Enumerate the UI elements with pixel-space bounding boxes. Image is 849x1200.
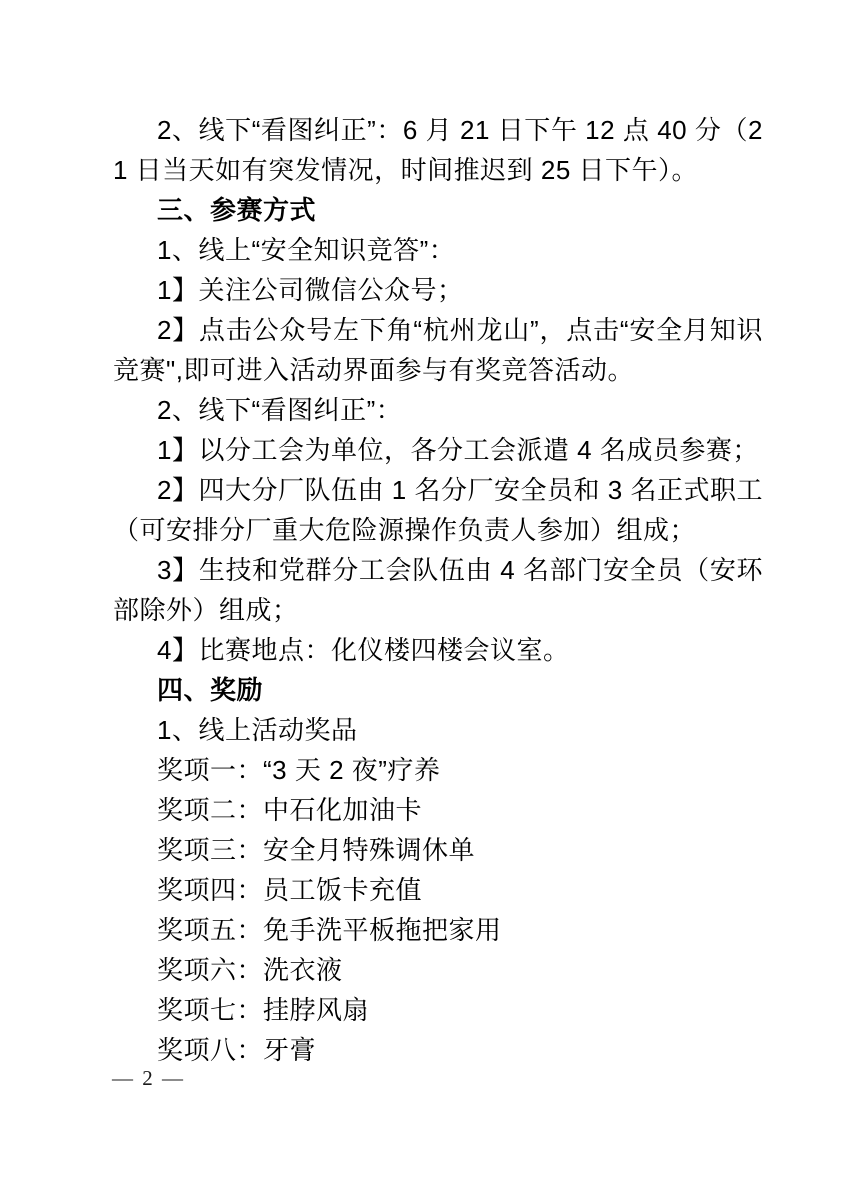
paragraph: 2】点击公众号左下角“杭州龙山”，点击“安全月知识竞赛",即可进入活动界面参与有…: [113, 310, 763, 390]
paragraph: 奖项一：“3 天 2 夜”疗养: [113, 750, 763, 790]
paragraph: 奖项五：免手洗平板拖把家用: [113, 910, 763, 950]
paragraph: 1、线上活动奖品: [113, 710, 763, 750]
section-heading: 三、参赛方式: [113, 190, 763, 230]
paragraph: 2、线下“看图纠正”：6 月 21 日下午 12 点 40 分（21 日当天如有…: [113, 110, 763, 190]
paragraph: 奖项三：安全月特殊调休单: [113, 830, 763, 870]
document-body: 2、线下“看图纠正”：6 月 21 日下午 12 点 40 分（21 日当天如有…: [113, 110, 763, 1070]
paragraph: 3】生技和党群分工会队伍由 4 名部门安全员（安环部除外）组成；: [113, 550, 763, 630]
paragraph: 2、线下“看图纠正”：: [113, 390, 763, 430]
page-number: — 2 —: [112, 1066, 185, 1090]
paragraph: 奖项二：中石化加油卡: [113, 790, 763, 830]
paragraph: 1、线上“安全知识竞答”：: [113, 230, 763, 270]
document-page: 2、线下“看图纠正”：6 月 21 日下午 12 点 40 分（21 日当天如有…: [0, 0, 849, 1200]
paragraph: 奖项七：挂脖风扇: [113, 990, 763, 1030]
paragraph: 1】以分工会为单位，各分工会派遣 4 名成员参赛；: [113, 430, 763, 470]
paragraph: 1】关注公司微信公众号；: [113, 270, 763, 310]
paragraph: 4】比赛地点：化仪楼四楼会议室。: [113, 630, 763, 670]
section-heading: 四、奖励: [113, 670, 763, 710]
paragraph: 奖项八：牙膏: [113, 1030, 763, 1070]
paragraph: 奖项六：洗衣液: [113, 950, 763, 990]
paragraph: 奖项四：员工饭卡充值: [113, 870, 763, 910]
paragraph: 2】四大分厂队伍由 1 名分厂安全员和 3 名正式职工（可安排分厂重大危险源操作…: [113, 470, 763, 550]
